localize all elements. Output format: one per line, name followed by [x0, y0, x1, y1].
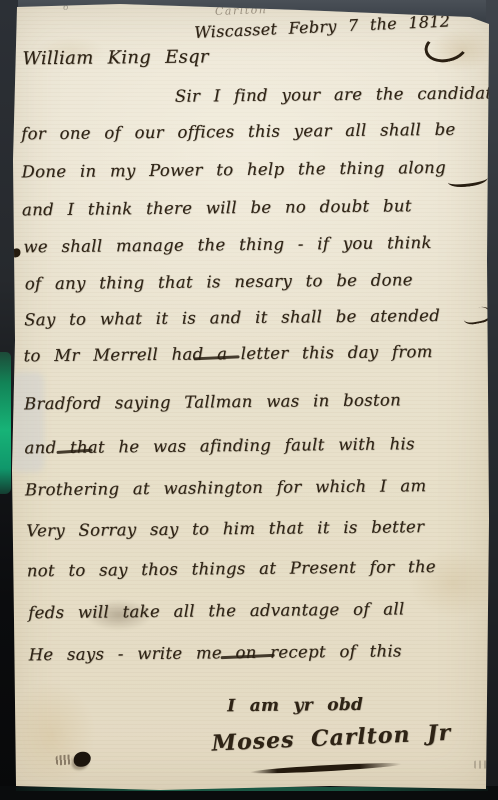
handwriting-layer: Wiscasset Febry 7 the 1812 William King … [0, 0, 498, 800]
letter-body-line: and that he was afinding fault with his [24, 434, 415, 457]
letter-body-line: Done in my Power to help the thing along [21, 158, 445, 181]
letter-signature: Moses Carlton Jr [211, 720, 452, 757]
letter-closing: I am yr obd [227, 695, 363, 716]
letter-body-line: not to say thos things at Present for th… [27, 557, 436, 580]
letter-body-line: Very Sorray say to him that it is better [26, 517, 424, 540]
signature-underline [250, 761, 402, 775]
letter-body-line: of any thing that is nesary to be done [25, 270, 413, 293]
ink-blot [74, 752, 91, 767]
letter-body-line: He says - write me on recept of this [29, 641, 402, 664]
letter-body-line: Bradford saying Tallman was in boston [24, 390, 401, 413]
green-scanner-artifact [0, 352, 11, 494]
letter-body-line: Brothering at washington for which I am [25, 476, 427, 499]
dateline-flourish [422, 27, 471, 66]
letter-body-line: feds will take all the advantage of all [28, 599, 405, 622]
letter-recipient: William King Esqr [22, 46, 209, 69]
letter-scan: Carlton 6 Wiscasset Febry 7 the 1812 Wil… [0, 0, 498, 800]
letter-salutation: Sir I find your are the candidate [175, 83, 498, 105]
letter-body-line: and I think there will be no doubt but [22, 196, 412, 219]
letter-body-line: we shall manage the thing - if you think [23, 233, 432, 256]
letter-paper: Carlton 6 Wiscasset Febry 7 the 1812 Wil… [0, 0, 498, 800]
ink-blot-scribble [55, 754, 72, 765]
letter-body-line: Say to what it is and it shall be atende… [24, 306, 440, 329]
letter-body-line: for one of our offices this year all sha… [21, 120, 456, 144]
line-end-flourish [447, 171, 488, 189]
letter-dateline: Wiscasset Febry 7 the 1812 [194, 11, 451, 42]
letter-body-line: to Mr Merrell had a letter this day from [23, 342, 432, 365]
